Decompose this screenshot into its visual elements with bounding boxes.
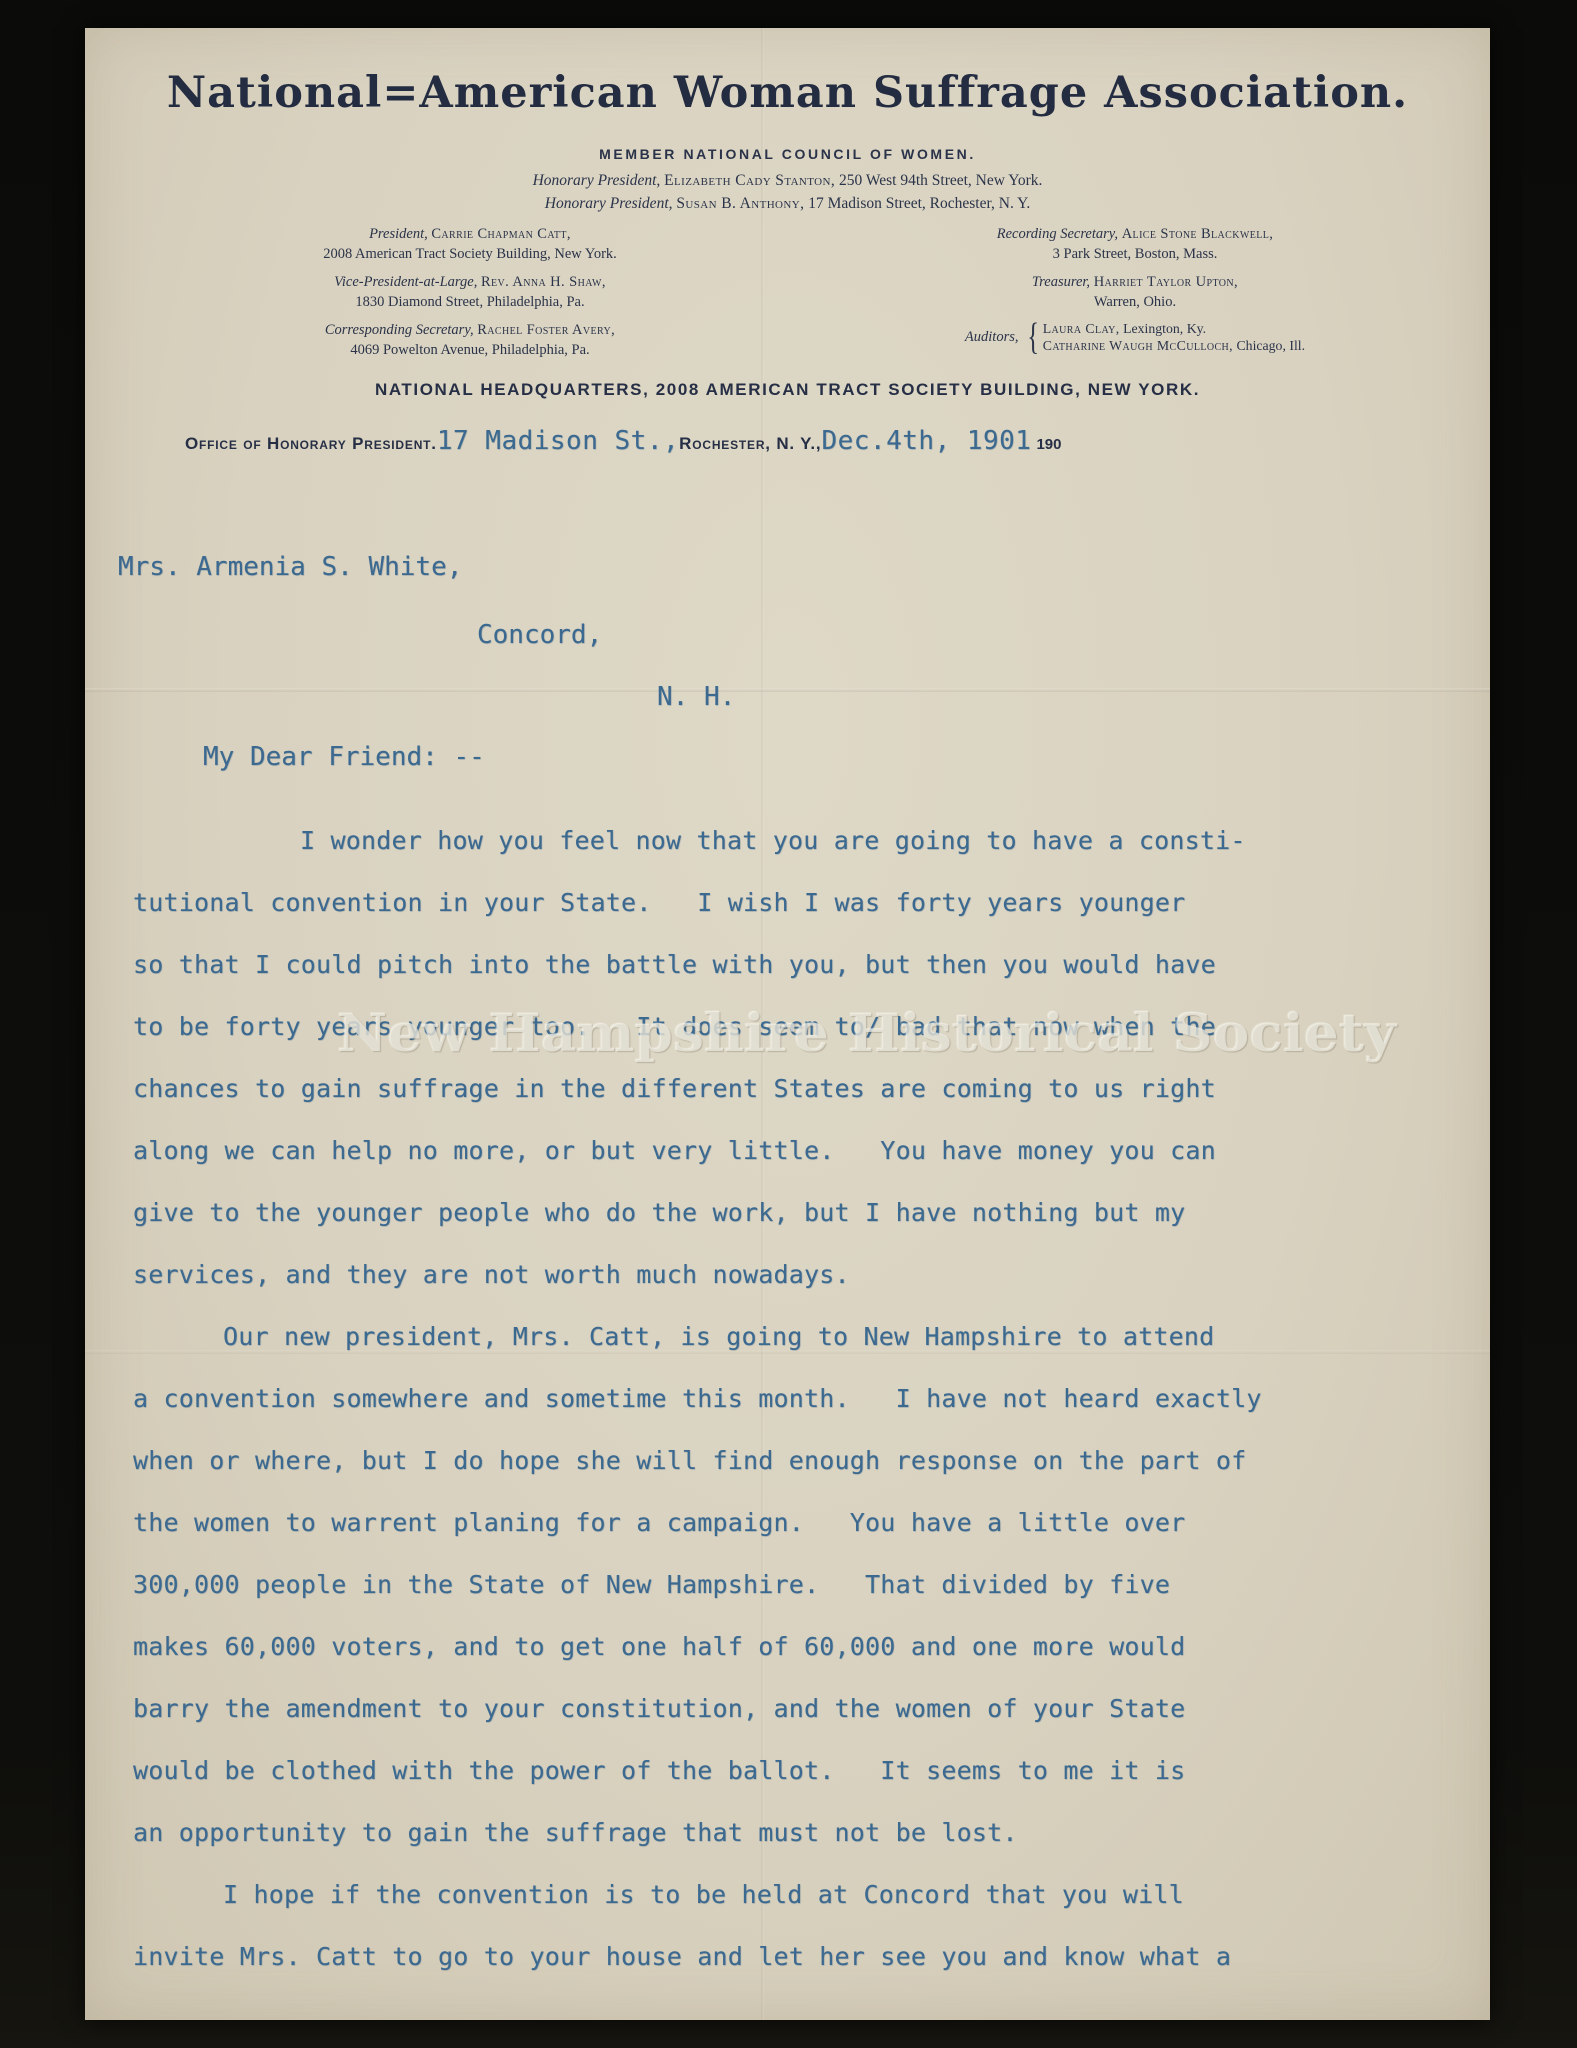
member-council-line: MEMBER NATIONAL COUNCIL OF WOMEN.	[85, 146, 1490, 162]
honorary-name: Elizabeth Cady Stanton,	[664, 172, 835, 189]
auditors-list: Laura Clay, Lexington, Ky. Catharine Wau…	[1043, 320, 1305, 354]
auditor-place: Chicago, Ill.	[1233, 338, 1305, 353]
typed-office-address: 17 Madison St.,	[437, 426, 679, 456]
body-line: a convention somewhere and sometime this…	[133, 1368, 1453, 1430]
officer-entry: Treasurer, Harriet Taylor Upton, Warren,…	[820, 272, 1450, 312]
printed-city: Rochester, N. Y.,	[679, 434, 821, 454]
body-line: invite Mrs. Catt to go to your house and…	[133, 1926, 1453, 1988]
letter-paper: National=American Woman Suffrage Associa…	[85, 28, 1490, 2020]
honorary-president-line: Honorary President, Elizabeth Cady Stant…	[85, 172, 1490, 190]
recipient-name: Mrs. Armenia S. White,	[118, 552, 462, 582]
office-date-line: Office of Honorary President. 17 Madison…	[185, 426, 1062, 456]
auditors-label: Auditors,	[965, 329, 1019, 346]
honorary-label: Honorary President,	[545, 195, 673, 212]
body-line: an opportunity to gain the suffrage that…	[133, 1802, 1453, 1864]
auditor-place: Lexington, Ky.	[1120, 321, 1206, 336]
officers-right-column: Recording Secretary, Alice Stone Blackwe…	[820, 224, 1450, 354]
officer-label: Vice-President-at-Large,	[334, 274, 477, 290]
officer-name: Rev. Anna H. Shaw,	[481, 274, 606, 290]
officer-address: 4069 Powelton Avenue, Philadelphia, Pa.	[350, 342, 589, 358]
scanned-letter-page: { "scan": { "paper_color": "#d9d2c0", "p…	[0, 0, 1577, 2048]
body-line: when or where, but I do hope she will fi…	[133, 1430, 1453, 1492]
officers-left-column: President, Carrie Chapman Catt, 2008 Ame…	[120, 224, 820, 368]
officer-name: Harriet Taylor Upton,	[1094, 274, 1238, 290]
officer-name: Carrie Chapman Catt,	[431, 226, 571, 242]
headquarters-line: NATIONAL HEADQUARTERS, 2008 AMERICAN TRA…	[85, 380, 1490, 400]
body-line: along we can help no more, or but very l…	[133, 1120, 1453, 1182]
honorary-label: Honorary President,	[533, 172, 661, 189]
recipient-state: N. H.	[657, 682, 735, 712]
officer-entry: Recording Secretary, Alice Stone Blackwe…	[820, 224, 1450, 264]
printed-year-stub: 190	[1036, 436, 1061, 453]
salutation: My Dear Friend: --	[203, 742, 485, 772]
officer-address: 1830 Diamond Street, Philadelphia, Pa.	[355, 294, 584, 310]
fold-crease-horizontal	[85, 688, 1490, 692]
honorary-address: 17 Madison Street, Rochester, N. Y.	[808, 195, 1030, 212]
body-line: give to the younger people who do the wo…	[133, 1182, 1453, 1244]
body-line: I hope if the convention is to be held a…	[133, 1864, 1453, 1926]
letterhead-org-title: National=American Woman Suffrage Associa…	[85, 68, 1490, 118]
auditors-entry: Auditors, { Laura Clay, Lexington, Ky. C…	[820, 320, 1450, 354]
body-line: so that I could pitch into the battle wi…	[133, 934, 1453, 996]
honorary-name: Susan B. Anthony,	[676, 195, 804, 212]
body-line: chances to gain suffrage in the differen…	[133, 1058, 1453, 1120]
body-line: Our new president, Mrs. Catt, is going t…	[133, 1306, 1453, 1368]
officer-label: Treasurer,	[1032, 274, 1090, 290]
brace-glyph: {	[1028, 320, 1040, 354]
letter-body: I wonder how you feel now that you are g…	[133, 810, 1453, 1988]
body-line: the women to warrent planing for a campa…	[133, 1492, 1453, 1554]
officer-address: 3 Park Street, Boston, Mass.	[1053, 246, 1218, 262]
officer-name: Alice Stone Blackwell,	[1122, 226, 1274, 242]
officer-name: Rachel Foster Avery,	[477, 322, 615, 338]
typed-date: Dec.4th, 1901	[821, 426, 1031, 456]
body-line: services, and they are not worth much no…	[133, 1244, 1453, 1306]
auditor-name: Catharine Waugh McCulloch,	[1043, 338, 1233, 353]
officer-entry: Corresponding Secretary, Rachel Foster A…	[120, 320, 820, 360]
officer-label: Corresponding Secretary,	[325, 322, 474, 338]
auditor-line: Catharine Waugh McCulloch, Chicago, Ill.	[1043, 337, 1305, 354]
body-line: 300,000 people in the State of New Hamps…	[133, 1554, 1453, 1616]
body-line: I wonder how you feel now that you are g…	[133, 810, 1453, 872]
officer-label: President,	[369, 226, 428, 242]
auditor-line: Laura Clay, Lexington, Ky.	[1043, 320, 1305, 337]
auditor-name: Laura Clay,	[1043, 321, 1120, 336]
officer-label: Recording Secretary,	[997, 226, 1118, 242]
body-line: makes 60,000 voters, and to get one half…	[133, 1616, 1453, 1678]
officer-address: Warren, Ohio.	[1094, 294, 1176, 310]
officer-entry: President, Carrie Chapman Catt, 2008 Ame…	[120, 224, 820, 264]
archive-watermark: New Hampshire Historical Society	[337, 1001, 1347, 1063]
office-label: Office of Honorary President.	[185, 434, 437, 454]
honorary-president-line: Honorary President, Susan B. Anthony, 17…	[85, 195, 1490, 213]
body-line: tutional convention in your State. I wis…	[133, 872, 1453, 934]
recipient-city: Concord,	[477, 620, 602, 650]
body-line: would be clothed with the power of the b…	[133, 1740, 1453, 1802]
officer-entry: Vice-President-at-Large, Rev. Anna H. Sh…	[120, 272, 820, 312]
honorary-address: 250 West 94th Street, New York.	[839, 172, 1042, 189]
officer-address: 2008 American Tract Society Building, Ne…	[323, 246, 617, 262]
body-line: barry the amendment to your constitution…	[133, 1678, 1453, 1740]
